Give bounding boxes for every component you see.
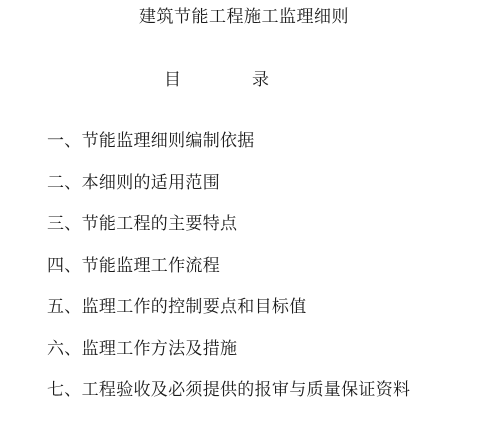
- toc-heading-right: 录: [252, 68, 269, 92]
- toc-item: 六、监理工作方法及措施: [47, 336, 410, 378]
- toc-item-label: 监理工作的控制要点和目标值: [82, 297, 307, 317]
- toc-item-number: 三、: [47, 214, 82, 234]
- toc-item-label: 节能监理细则编制依据: [82, 131, 255, 151]
- toc-heading-left: 目: [164, 68, 181, 92]
- toc-item-label: 工程验收及必须提供的报审与质量保证资料: [82, 380, 411, 400]
- toc-list: 一、节能监理细则编制依据 二、本细则的适用范围 三、节能工程的主要特点 四、节能…: [47, 128, 410, 419]
- toc-item-number: 六、: [47, 339, 82, 359]
- toc-item-number: 一、: [47, 131, 82, 151]
- toc-item: 一、节能监理细则编制依据: [47, 128, 410, 170]
- toc-heading: 目 录: [160, 68, 290, 92]
- toc-item: 四、节能监理工作流程: [47, 253, 410, 295]
- toc-item-number: 四、: [47, 256, 82, 276]
- document-title: 建筑节能工程施工监理细则: [0, 6, 478, 28]
- toc-item: 七、工程验收及必须提供的报审与质量保证资料: [47, 377, 410, 419]
- toc-item: 三、节能工程的主要特点: [47, 211, 410, 253]
- toc-item-number: 五、: [47, 297, 82, 317]
- toc-item-label: 监理工作方法及措施: [82, 339, 238, 359]
- toc-item: 五、监理工作的控制要点和目标值: [47, 294, 410, 336]
- toc-item-label: 节能工程的主要特点: [82, 214, 238, 234]
- toc-item-label: 本细则的适用范围: [82, 173, 220, 193]
- toc-item-number: 七、: [47, 380, 82, 400]
- toc-item-label: 节能监理工作流程: [82, 256, 220, 276]
- toc-item: 二、本细则的适用范围: [47, 170, 410, 212]
- toc-item-number: 二、: [47, 173, 82, 193]
